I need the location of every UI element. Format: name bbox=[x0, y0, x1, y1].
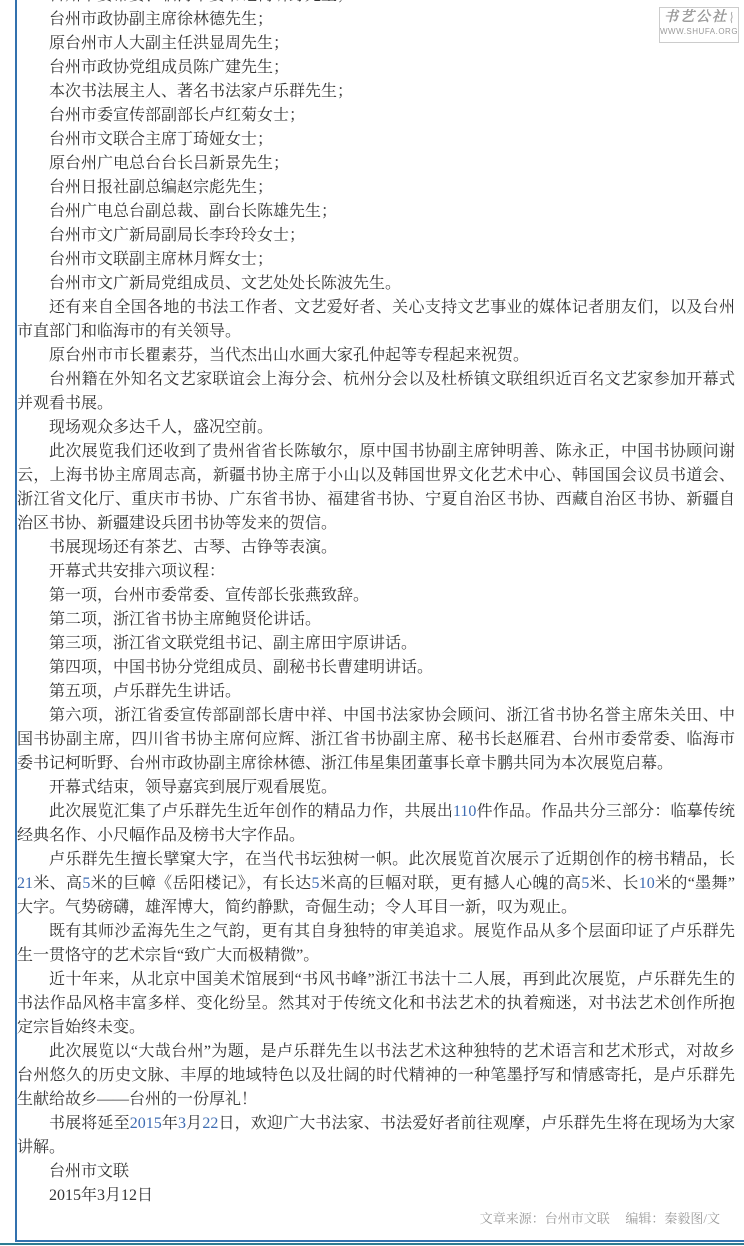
article-paragraph: 台州市文联副主席林月辉女士； bbox=[17, 248, 735, 272]
article-paragraph: 台州市文联合主席丁琦娅女士； bbox=[17, 128, 735, 152]
article-paragraph: 还有来自全国各地的书法工作者、文艺爱好者、关心支持文艺事业的媒体记者朋友们，以及… bbox=[17, 296, 735, 344]
article-paragraph: 第二项，浙江省书协主席鲍贤伦讲话。 bbox=[17, 608, 735, 632]
article-paragraph: 开幕式共安排六项议程： bbox=[17, 560, 735, 584]
article-body: 台州市委常委、临海市委书记柯昕野先生； 台州市政协副主席徐林德先生； 原台州市人… bbox=[17, 0, 735, 1208]
article-paragraph: 台州市文广新局副局长李玲玲女士； bbox=[17, 224, 735, 248]
article-date: 2015年3月12日 bbox=[17, 1184, 735, 1208]
article-paragraph: 第六项，浙江省委宣传部副部长唐中祥、中国书法家协会顾问、浙江省书协名誉主席朱关田… bbox=[17, 704, 735, 776]
article-signature: 台州市文联 bbox=[17, 1160, 735, 1184]
article-paragraph: 此次展览汇集了卢乐群先生近年创作的精品力作，共展出110件作品。作品共分三部分：… bbox=[17, 800, 735, 848]
article-page: 台州市委常委、临海市委书记柯昕野先生； 台州市政协副主席徐林德先生； 原台州市人… bbox=[0, 0, 744, 1246]
article-paragraph: 台州市委宣传部副部长卢红菊女士； bbox=[17, 104, 735, 128]
article-paragraph: 台州市政协党组成员陈广建先生； bbox=[17, 56, 735, 80]
article-paragraph: 台州广电总台副总裁、副台长陈雄先生； bbox=[17, 200, 735, 224]
article-paragraph: 近十年来，从北京中国美术馆展到“书风书峰”浙江书法十二人展，再到此次展览，卢乐群… bbox=[17, 968, 735, 1040]
article-paragraph: 既有其师沙孟海先生之气韵，更有其自身独特的审美追求。展览作品从多个层面印证了卢乐… bbox=[17, 920, 735, 968]
article-paragraph: 书展将延至2015年3月22日，欢迎广大书法家、书法爱好者前往观摩，卢乐群先生将… bbox=[17, 1112, 735, 1160]
article-paragraph: 第五项，卢乐群先生讲话。 bbox=[17, 680, 735, 704]
shufa-logo-text: 书艺公社 bbox=[660, 10, 738, 26]
article-paragraph: 台州市政协副主席徐林德先生； bbox=[17, 8, 735, 32]
article-paragraph: 台州市委常委、临海市委书记柯昕野先生； bbox=[17, 0, 735, 8]
editor-label: 编辑：秦毅图/文 bbox=[625, 1211, 720, 1226]
article-paragraph: 台州市文广新局党组成员、文艺处处长陈波先生。 bbox=[17, 272, 735, 296]
shufa-url-text: WWW.SHUFA.ORG bbox=[660, 26, 738, 37]
article-paragraph: 书展现场还有茶艺、古琴、古铮等表演。 bbox=[17, 536, 735, 560]
source-label: 文章来源：台州市文联 bbox=[480, 1211, 610, 1226]
article-paragraph: 卢乐群先生擅长擘窠大字，在当代书坛独树一帜。此次展览首次展示了近期创作的榜书精品… bbox=[17, 848, 735, 920]
article-paragraph: 原台州市市长瞿素芬，当代杰出山水画大家孔仲起等专程起来祝贺。 bbox=[17, 344, 735, 368]
article-paragraph: 此次展览我们还收到了贵州省省长陈敏尔，原中国书协副主席钟明善、陈永正，中国书协顾… bbox=[17, 440, 735, 536]
article-paragraph: 现场观众多达千人，盛况空前。 bbox=[17, 416, 735, 440]
article-footer: 文章来源：台州市文联编辑：秦毅图/文 bbox=[480, 1210, 720, 1228]
shufa-brand-characters: 书艺公社 bbox=[664, 10, 728, 25]
article-paragraph: 第三项，浙江省文联党组书记、副主席田宇原讲话。 bbox=[17, 632, 735, 656]
article-paragraph: 台州籍在外知名文艺家联谊会上海分会、杭州分会以及杜桥镇文联组织近百名文艺家参加开… bbox=[17, 368, 735, 416]
article-paragraph: 开幕式结束，领导嘉宾到展厅观看展览。 bbox=[17, 776, 735, 800]
page-bottom-divider bbox=[0, 1243, 744, 1245]
shufa-watermark: 书艺公社 WWW.SHUFA.ORG bbox=[659, 7, 739, 43]
article-paragraph: 此次展览以“大哉台州”为题，是卢乐群先生以书法艺术这种独特的艺术语言和艺术形式，… bbox=[17, 1040, 735, 1112]
article-paragraph: 原台州广电总台台长吕新景先生； bbox=[17, 152, 735, 176]
article-paragraph: 第一项，台州市委常委、宣传部长张燕致辞。 bbox=[17, 584, 735, 608]
article-paragraph: 台州日报社副总编赵宗彪先生； bbox=[17, 176, 735, 200]
article-paragraph: 第四项，中国书协分党组成员、副秘书长曹建明讲话。 bbox=[17, 656, 735, 680]
article-paragraph: 本次书法展主人、著名书法家卢乐群先生； bbox=[17, 80, 735, 104]
seal-squiggle-icon bbox=[729, 11, 734, 24]
article-paragraph: 原台州市人大副主任洪显周先生； bbox=[17, 32, 735, 56]
